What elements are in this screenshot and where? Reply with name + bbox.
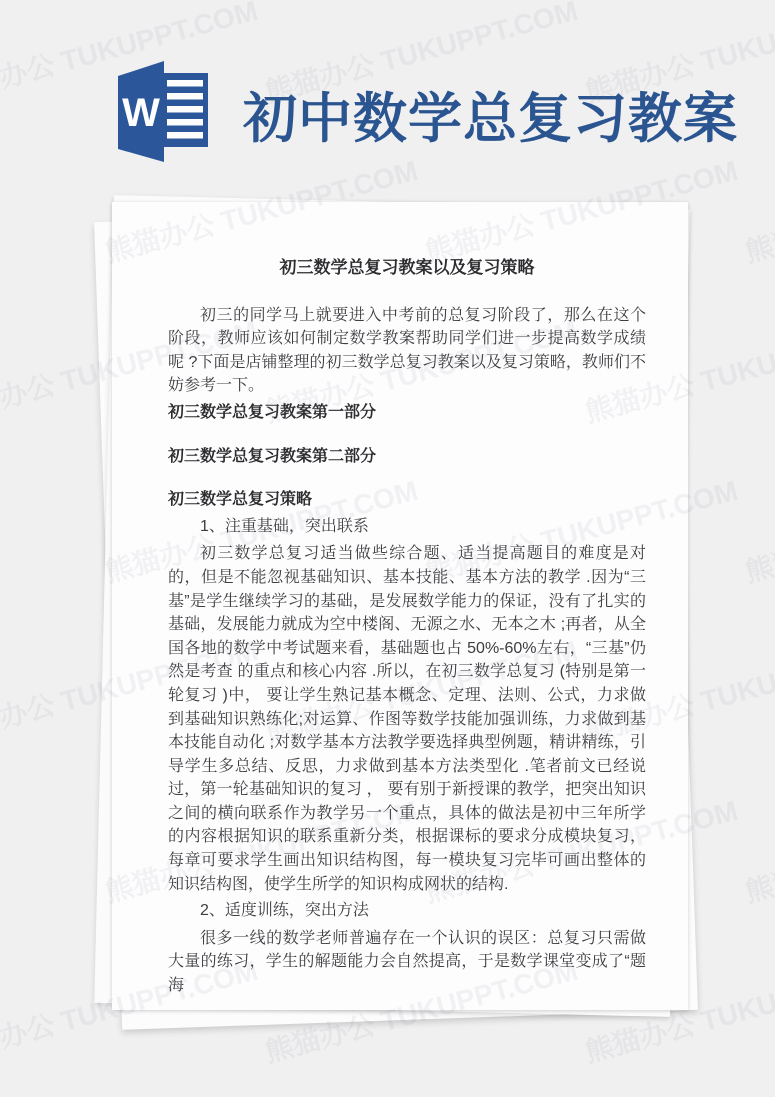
watermark-text: 熊猫办公 TUKUPPT.COM — [740, 789, 775, 911]
doc-block-sub: 1、注重基础，突出联系 — [168, 515, 646, 539]
doc-block-para: 很多一线的数学老师普遍存在一个认识的误区：总复习只需做大量的练习，学生的解题能力… — [168, 927, 646, 998]
front-page: 初三数学总复习教案以及复习策略初三的同学马上就要进入中考前的总复习阶段了，那么在… — [112, 202, 688, 1010]
doc-block-heading: 初三数学总复习教案第二部分 — [168, 445, 646, 469]
watermark-text: 熊猫办公 TUKUPPT.COM — [740, 469, 775, 591]
word-icon: W — [110, 54, 210, 168]
doc-block-heading: 初三数学总复习策略 — [168, 488, 646, 512]
doc-block-heading: 初三数学总复习教案第一部分 — [168, 401, 646, 425]
doc-block-sub: 2、适度训练，突出方法 — [168, 899, 646, 923]
header-title: 初中数学总复习教案 — [243, 76, 743, 153]
document-content: 初三数学总复习教案以及复习策略初三的同学马上就要进入中考前的总复习阶段了，那么在… — [112, 202, 688, 1010]
preview-canvas: W 初中数学总复习教案 初三数学总复习教案以及复习策略初三的同学马上就要进入中考… — [0, 0, 775, 1097]
doc-block-para: 初三的同学马上就要进入中考前的总复习阶段了，那么在这个阶段，教师应该如何制定数学… — [168, 304, 646, 398]
document-preview-header: W 初中数学总复习教案 — [0, 0, 775, 200]
doc-block-para: 初三数学总复习适当做些综合题、适当提高题目的难度是对的，但是不能忽视基础知识、基… — [168, 542, 646, 896]
doc-block-title: 初三数学总复习教案以及复习策略 — [168, 256, 646, 280]
word-icon-letter: W — [122, 91, 160, 135]
